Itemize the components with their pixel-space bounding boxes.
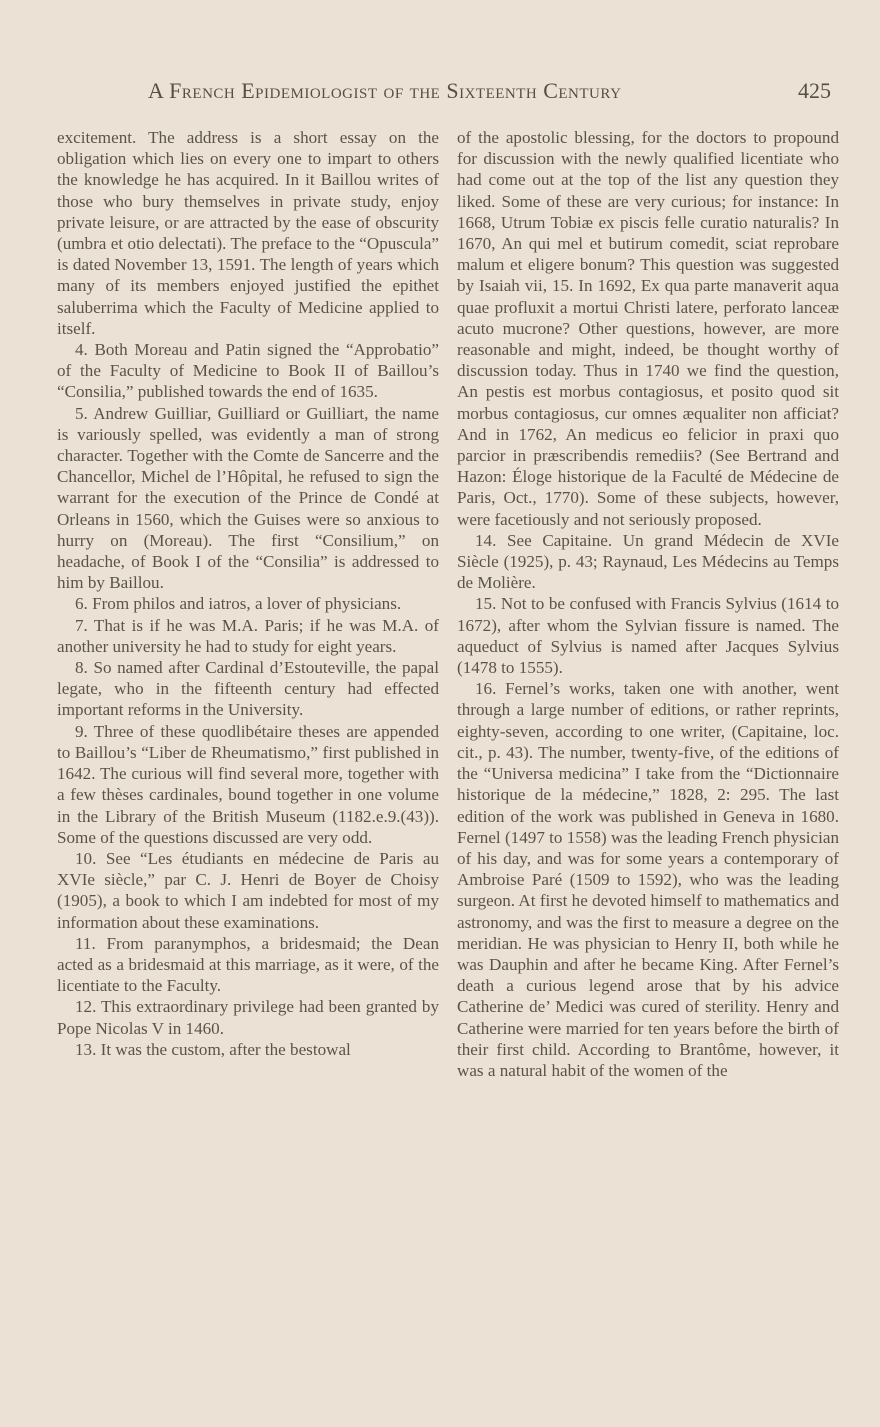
right-column: of the apostolic blessing, for the docto… [457,127,839,1081]
continuation-paragraph: of the apostolic blessing, for the docto… [457,127,839,530]
footnote-16: 16. Fernel’s works, taken one with anoth… [457,678,839,1081]
footnote-10: 10. See “Les étudiants en médecine de Pa… [57,848,439,933]
footnote-7: 7. That is if he was M.A. Paris; if he w… [57,615,439,657]
footnote-5: 5. Andrew Guilliar, Guilliard or Guillia… [57,403,439,594]
book-page: A French Epidemiologist of the Sixteenth… [0,0,880,1427]
footnote-4: 4. Both Moreau and Patin signed the “App… [57,339,439,403]
footnote-6: 6. From philos and iatros, a lover of ph… [57,593,439,614]
page-number: 425 [798,78,831,104]
footnote-8: 8. So named after Cardinal d’Estoutevill… [57,657,439,721]
footnote-14: 14. See Capitaine. Un grand Médecin de X… [457,530,839,594]
continuation-paragraph: excitement. The address is a short essay… [57,127,439,339]
footnote-12: 12. This extraordinary privilege had bee… [57,996,439,1038]
footnote-13: 13. It was the custom, after the bestowa… [57,1039,439,1060]
running-title: A French Epidemiologist of the Sixteenth… [148,78,748,104]
footnote-15: 15. Not to be confused with Francis Sylv… [457,593,839,678]
footnote-11: 11. From paranymphos, a bridesmaid; the … [57,933,439,997]
footnote-9: 9. Three of these quodlibétaire theses a… [57,721,439,848]
left-column: excitement. The address is a short essay… [57,127,439,1060]
